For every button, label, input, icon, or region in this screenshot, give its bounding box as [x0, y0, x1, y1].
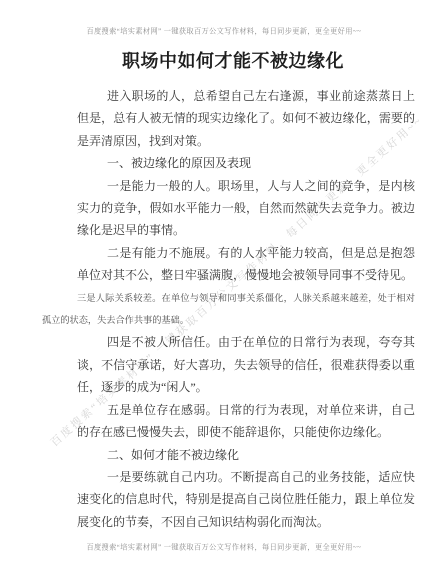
paragraph: 一是要练就自己内功。不断提高自己的业务技能，适应快速变化的信息时代，特别是提高自…: [77, 466, 415, 533]
section-heading-1: 一、被边缘化的原因及表现: [77, 152, 415, 174]
paragraph: 五是单位存在感弱。日常的行为表现，对单位来讲，自己的存在感已慢慢失去，即使不能辞…: [77, 399, 415, 444]
footer-promo-text: 百度搜索“培实素材网” 一键获取百万公文写作材料，每日同步更新，更全更好用~~: [87, 541, 362, 552]
paragraph: 四是不被人所信任。由于在单位的日常行为表现，夸夸其谈，不信守承诺，好大喜功，失去…: [77, 331, 415, 398]
document-body: 职场中如何才能不被边缘化 进入职场的人，总希望自己左右逢源，事业前途蒸蒸日上但是…: [77, 48, 415, 533]
footer-promo-note: 百度搜索“培实素材网” 一键获取百万公文写作材料，每日同步更新，更全更好用~~: [0, 541, 448, 556]
document-page: 百度搜索“培实素材网” 一键获取百万公文写作材料，每日同步更新，更全更好用~~ …: [0, 0, 448, 580]
paragraph: 二是有能力不施展。有的人水平能力较高，但是总是抱怨单位对其不公，整日牢骚满腹，慢…: [77, 242, 415, 287]
header-promo-text: 百度搜索“培实素材网” 一键获取百万公文写作材料，每日同步更新，更全更好用~~: [87, 25, 362, 36]
paragraph-intro: 进入职场的人，总希望自己左右逢源，事业前途蒸蒸日上但是，总有人被无情的现实边缘化…: [77, 85, 415, 152]
paragraph: 一是能力一般的人。职场里，人与人之间的竞争，是内核实力的竞争，假如水平能力一般，…: [77, 175, 415, 242]
header-promo-note: 百度搜索“培实素材网” 一键获取百万公文写作材料，每日同步更新，更全更好用~~: [0, 25, 448, 40]
paragraph-small: 三是人际关系较差。在单位与领导和同事关系僵化，人脉关系越来越差，处于相对孤立的状…: [42, 287, 415, 332]
section-heading-2: 二、如何才能不被边缘化: [77, 444, 415, 466]
document-title: 职场中如何才能不被边缘化: [64, 48, 402, 74]
